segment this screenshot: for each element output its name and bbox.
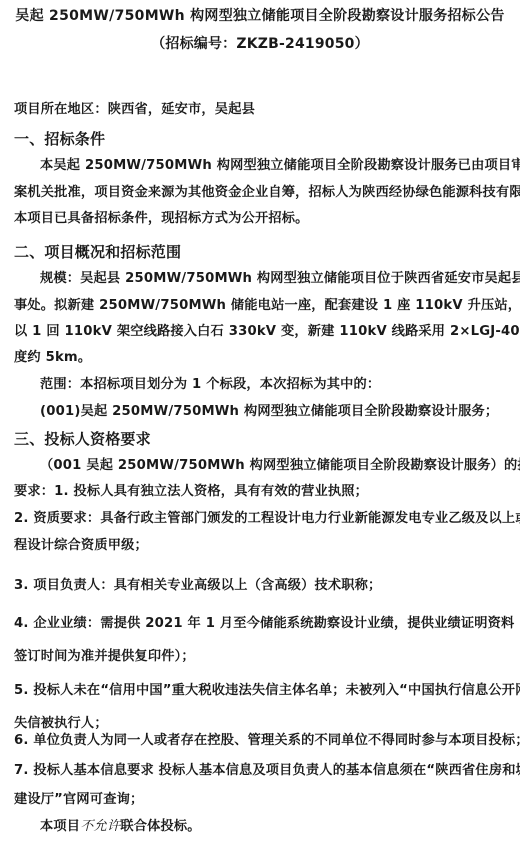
section-2-heading: 二、项目概况和招标范围 [14, 243, 512, 261]
joint-bidding-note: 本项目不允许联合体投标。 [40, 818, 512, 836]
section-3-line: 7. 投标人基本信息要求 投标人基本信息及项目负责人的基本信息须在“陕西省住房和… [14, 762, 512, 780]
joint-bidding-prefix: 本项目 [40, 819, 80, 834]
section-3-line: 6. 单位负责人为同一人或者存在控股、管理关系的不同单位不得同时参与本项目投标； [14, 732, 512, 750]
section-3-line: 签订时间为准并提供复印件）； [14, 648, 512, 666]
document-subtitle: （招标编号：ZKZB-2419050） [0, 35, 520, 53]
section-2-line: 度约 5km。 [14, 349, 512, 367]
section-2-scope: 范围：本招标项目划分为 1 个标段，本次招标为其中的： [40, 376, 512, 394]
section-3-heading: 三、投标人资格要求 [14, 430, 512, 448]
section-2-lot: (001)吴起 250MW/750MWh 构网型独立储能项目全阶段勘察设计服务； [40, 403, 512, 421]
section-3-line: 要求：1. 投标人具有独立法人资格，具有有效的营业执照； [14, 483, 512, 501]
section-3-line: 5. 投标人未在“信用中国”重大税收违法失信主体名单；未被列入“中国执行信息公开… [14, 682, 512, 700]
section-3-line: 程设计综合资质甲级； [14, 537, 512, 555]
section-3-line: 建设厅”官网可查询； [14, 791, 512, 809]
section-1-line: 案机关批准，项目资金来源为其他资金企业自筹，招标人为陕西经协绿色能源科技有限公司… [14, 184, 512, 202]
section-1-line: 本项目已具备招标条件，现招标方式为公开招标。 [14, 210, 512, 228]
section-1-heading: 一、招标条件 [14, 130, 512, 148]
section-3-line: 4. 企业业绩：需提供 2021 年 1 月至今储能系统勘察设计业绩，提供业绩证… [14, 615, 512, 633]
document-title: 吴起 250MW/750MWh 构网型独立储能项目全阶段勘察设计服务招标公告 [0, 7, 520, 25]
section-3-line: 3. 项目负责人：具有相关专业高级以上（含高级）技术职称； [14, 577, 512, 595]
section-2-line: 事处。拟新建 250MW/750MWh 储能电站一座，配套建设 1 座 110k… [14, 297, 512, 315]
joint-bidding-suffix: 联合体投标。 [120, 819, 200, 834]
section-3-line: 2. 资质要求：具备行政主管部门颁发的工程设计电力行业新能源发电专业乙级及以上或… [14, 510, 512, 528]
section-3-line: 失信被执行人； [14, 715, 512, 733]
project-region: 项目所在地区：陕西省，延安市，吴起县 [14, 101, 512, 119]
joint-bidding-emphasis: 不允许 [80, 819, 120, 834]
section-1-line: 本吴起 250MW/750MWh 构网型独立储能项目全阶段勘察设计服务已由项目审… [40, 157, 512, 175]
section-2-line: 规模：吴起县 250MW/750MWh 构网型独立储能项目位于陕西省延安市吴起县… [40, 270, 512, 288]
section-3-line: （001 吴起 250MW/750MWh 构网型独立储能项目全阶段勘察设计服务）… [40, 457, 512, 475]
section-2-line: 以 1 回 110kV 架空线路接入白石 330kV 变，新建 110kV 线路… [14, 323, 512, 341]
